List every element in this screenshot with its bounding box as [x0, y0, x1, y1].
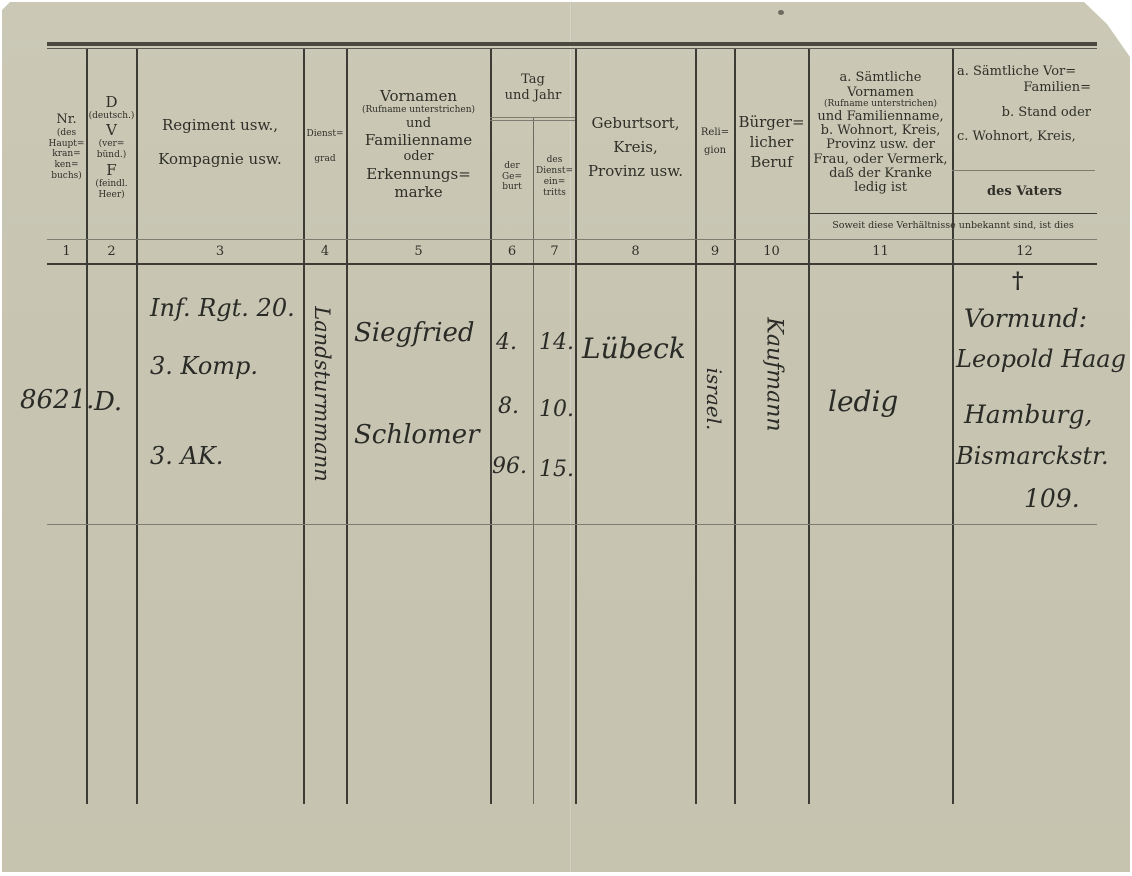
header-und-jahr: und Jahr	[505, 88, 562, 104]
header-col2-v: V	[106, 121, 117, 139]
deceased-cross-icon: †	[1012, 268, 1024, 294]
colnum-7: 7	[534, 241, 575, 263]
entry-birth-day: 4.	[496, 330, 517, 355]
header-col11: a. Sämtliche Vornamen (Rufname unterstri…	[809, 56, 952, 211]
entry-birth-year: 96.	[492, 454, 527, 479]
header-col12: a. Sämtliche Vor= Familien= b. Stand ode…	[957, 64, 1091, 164]
header-col6-text: Ge=	[502, 172, 522, 183]
header-col2-text: (feindl.	[95, 179, 127, 190]
paper-fold	[570, 2, 572, 872]
header-tag-jahr: Tag und Jahr	[491, 60, 575, 115]
header-col5-line4: Familienname	[365, 131, 472, 149]
colnum-text: 11	[872, 244, 889, 260]
header-col11-text: daß der Kranke	[829, 167, 932, 181]
header-col8-line1: Geburtsort,	[591, 114, 679, 132]
header-col1-sub: kran=	[52, 149, 80, 160]
header-bottom-line	[47, 263, 1097, 265]
colnum-12: 12	[953, 241, 1096, 263]
header-col5-line7: marke	[394, 183, 442, 201]
header-col1: Nr. (des Haupt= kran= ken= buchs)	[47, 72, 86, 222]
entry-rank: Landsturmmann	[310, 304, 334, 484]
header-col11-text: Frau, oder Vermerk,	[813, 153, 947, 167]
header-note-text: Soweit diese Verhältnisse unbekannt sind…	[832, 220, 1073, 231]
top-rule	[47, 42, 1097, 46]
entry-father-city: Hamburg,	[964, 400, 1092, 429]
header-col10-line2: licher	[750, 133, 794, 151]
colnum-text: 12	[1016, 244, 1033, 260]
header-col9-line2: gion	[704, 145, 726, 157]
colnum-text: 10	[763, 244, 780, 260]
header-col11-text: b. Wohnort, Kreis,	[821, 124, 941, 138]
header-col5-line5: oder	[403, 149, 433, 165]
header-col5-line3: und	[406, 116, 431, 132]
tag-jahr-divider	[490, 117, 575, 118]
entry-nr: 8621.	[20, 385, 94, 415]
header-col6-text: der	[504, 161, 519, 172]
header-col2-text: (ver=	[99, 139, 125, 150]
header-col12-line-familien: Familien=	[957, 80, 1091, 96]
header-tag: Tag	[521, 72, 545, 88]
colnum-text: 5	[414, 244, 422, 260]
header-col12-line-c: c. Wohnort, Kreis,	[957, 129, 1091, 145]
header-col7-text: des	[547, 155, 563, 166]
entry-birthplace: Lübeck	[582, 332, 686, 365]
header-col5-line6: Erkennungs=	[366, 165, 471, 183]
entry-given-name: Siegfried	[354, 318, 475, 348]
row-separator	[47, 524, 1097, 525]
colnum-text: 2	[107, 244, 115, 260]
header-col12-footer: des Vaters	[953, 174, 1096, 210]
header-col1-sub: buchs)	[51, 171, 82, 182]
document-page: Nr. (des Haupt= kran= ken= buchs) D (deu…	[2, 2, 1130, 872]
entry-father-guardian: Vormund:	[964, 304, 1087, 333]
paper-speck	[778, 10, 784, 15]
colnum-text: 4	[321, 244, 329, 260]
header-col12-footer-text: des Vaters	[987, 184, 1062, 200]
header-col12-line-a: a. Sämtliche Vor=	[957, 64, 1091, 80]
colnum-text: 1	[62, 244, 70, 260]
header-col4-line1: Dienst=	[307, 129, 344, 140]
header-col7-text: Dienst=	[536, 166, 573, 177]
header-col11-text: ledig ist	[854, 181, 907, 195]
note-top-line	[808, 213, 1097, 214]
header-col2-text: (deutsch.)	[89, 111, 135, 122]
header-col2: D (deutsch.) V (ver= bünd.) F (feindl. H…	[87, 64, 136, 229]
header-col7-text: tritts	[543, 188, 566, 199]
entry-father-street: Bismarckstr.	[956, 442, 1109, 470]
header-col7: des Dienst= ein= tritts	[534, 137, 575, 217]
header-col4-line2: grad	[314, 154, 335, 165]
header-col10-line3: Beruf	[750, 153, 792, 171]
entry-occupation: Kaufmann	[762, 310, 787, 440]
header-col9-line1: Reli=	[701, 127, 729, 139]
colnum-9: 9	[696, 241, 734, 263]
colnum-2: 2	[87, 241, 136, 263]
header-col8-line2: Kreis,	[613, 138, 658, 156]
entry-regiment: Inf. Rgt. 20.	[150, 294, 295, 322]
header-col2-d: D	[105, 93, 117, 111]
header-col11-text: und Familienname,	[817, 110, 943, 124]
header-col1-sub: ken=	[54, 160, 78, 171]
header-col3-line2: Kompagnie usw.	[158, 150, 282, 168]
colnum-top-line	[47, 239, 1097, 240]
entry-service-day: 14.	[539, 330, 574, 355]
header-col12-line-b: b. Stand oder	[957, 105, 1091, 121]
colnum-6: 6	[491, 241, 533, 263]
col-divider	[952, 49, 954, 804]
header-col6-text: burt	[502, 182, 521, 193]
entry-nationality: D.	[94, 387, 122, 417]
entry-family-name: Schlomer	[354, 420, 480, 450]
header-col10: Bürger= licher Beruf	[735, 97, 808, 187]
header-col5: Vornamen (Rufname unterstrichen) und Fam…	[347, 60, 490, 228]
colnum-text: 6	[508, 244, 516, 260]
colnum-text: 7	[550, 244, 558, 260]
colnum-text: 9	[711, 244, 719, 260]
header-note: Soweit diese Verhältnisse unbekannt sind…	[809, 215, 1097, 237]
entry-company: 3. Komp.	[150, 352, 258, 380]
colnum-4: 4	[304, 241, 346, 263]
entry-corps: 3. AK.	[150, 442, 223, 470]
header-col11-text: Provinz usw. der	[826, 138, 935, 152]
header-col5-line2: (Rufname unterstrichen)	[362, 105, 475, 116]
entry-service-year: 15.	[539, 457, 574, 482]
header-col1-sub: (des	[57, 128, 76, 139]
header-col2-f: F	[106, 161, 116, 179]
header-col8: Geburtsort, Kreis, Provinz usw.	[576, 97, 695, 197]
tag-jahr-divider-2	[490, 120, 575, 121]
header-col11-text: a. Sämtliche	[840, 71, 922, 85]
header-col9: Reli= gion	[696, 117, 734, 167]
header-col11-text: Vornamen	[847, 86, 914, 100]
entry-marital-status: ledig	[828, 385, 898, 418]
header-col2-text: bünd.)	[97, 150, 127, 161]
header-col1-sub: Haupt=	[49, 139, 85, 150]
header-col7-text: ein=	[544, 177, 566, 188]
top-rule-thin	[47, 48, 1097, 49]
colnum-3: 3	[137, 241, 303, 263]
entry-service-month: 10.	[539, 397, 574, 422]
entry-father-number: 109.	[1024, 484, 1080, 513]
header-col3: Regiment usw., Kompagnie usw.	[137, 97, 303, 187]
entry-religion: israel.	[702, 354, 726, 444]
header-col2-text: Heer)	[98, 190, 124, 201]
colnum-11: 11	[809, 241, 952, 263]
colnum-8: 8	[576, 241, 695, 263]
header-col8-line3: Provinz usw.	[588, 162, 683, 180]
entry-father-name: Leopold Haag	[956, 345, 1126, 373]
header-col4: Dienst= grad	[304, 117, 346, 177]
colnum-text: 3	[216, 244, 224, 260]
header-col5-line1: Vornamen	[380, 87, 457, 105]
header-col6: der Ge= burt	[491, 142, 533, 212]
col-divider	[533, 117, 534, 804]
colnum-1: 1	[47, 241, 86, 263]
entry-birth-month: 8.	[498, 394, 519, 419]
header-col1-title: Nr.	[56, 112, 76, 128]
colnum-5: 5	[347, 241, 490, 263]
colnum-text: 8	[631, 244, 639, 260]
col12-footer-divider	[952, 170, 1095, 171]
header-col10-line1: Bürger=	[738, 113, 804, 131]
header-col3-line1: Regiment usw.,	[162, 116, 278, 134]
colnum-10: 10	[735, 241, 808, 263]
